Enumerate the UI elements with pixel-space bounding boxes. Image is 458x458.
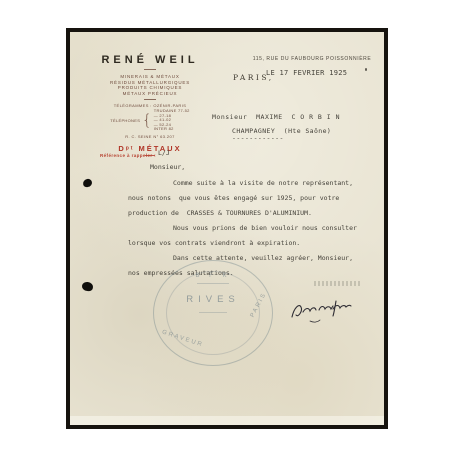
letterhead-activity: MÉTAUX PRÉCIEUX bbox=[78, 91, 222, 97]
telephone-line: INTER 82 bbox=[154, 127, 190, 132]
body-line: Nous vous prions de bien vouloir nous co… bbox=[173, 224, 357, 232]
department-label: Dᵖᵗ MÉTAUX bbox=[78, 144, 222, 153]
street-address: 115, RUE DU FAUBOURG POISSONNIÈRE bbox=[242, 56, 382, 62]
body-line: production de CRASSES & TOURNURES D'ALUM… bbox=[128, 209, 312, 217]
punch-hole bbox=[81, 281, 93, 291]
body-line: Comme suite à la visite de notre représe… bbox=[173, 179, 353, 187]
telephones-block: TÉLÉPHONES { TRUDAINE 77-52 — 27-18 — 41… bbox=[78, 109, 222, 132]
stamp-rule bbox=[199, 312, 227, 313]
faint-stamp-mark bbox=[314, 281, 360, 286]
paper-bottom-edge bbox=[70, 416, 384, 425]
salutation: Monsieur, bbox=[150, 163, 185, 171]
punch-hole bbox=[82, 178, 92, 188]
recipient-name: Monsieur MAXIME C O R B I N bbox=[212, 113, 340, 121]
brace-glyph: { bbox=[142, 113, 152, 128]
letterhead-divider bbox=[144, 69, 156, 70]
letter-paper: RENÉ WEIL MINERAIS & MÉTAUX RÉSIDUS MÉTA… bbox=[70, 32, 384, 425]
letter-photo: RENÉ WEIL MINERAIS & MÉTAUX RÉSIDUS MÉTA… bbox=[66, 28, 388, 429]
signature-ink bbox=[288, 294, 354, 328]
letterhead-name: RENÉ WEIL bbox=[78, 54, 222, 66]
telegrams-line: TÉLÉGRAMMES : OZÉNIR-PARIS bbox=[78, 103, 222, 108]
stamp-rule bbox=[197, 283, 229, 284]
stamp-top-text: B F K bbox=[153, 273, 273, 279]
letterhead: RENÉ WEIL MINERAIS & MÉTAUX RÉSIDUS MÉTA… bbox=[78, 54, 222, 156]
telephones-list: TRUDAINE 77-52 — 27-18 — 41-02 — 52-24 I… bbox=[154, 109, 190, 132]
recipient-underline: ------------ bbox=[232, 134, 284, 142]
paper-speck bbox=[365, 68, 367, 71]
registry-line: R. C. SEINE N° 63.207 bbox=[78, 134, 222, 139]
reference-label: Référence à rappeler : bbox=[100, 153, 156, 158]
signature bbox=[288, 294, 354, 333]
circular-stamp: B F K RIVES GRAVEUR PARIS bbox=[153, 260, 273, 366]
body-line: lorsque vos contrats viendront à expirat… bbox=[128, 239, 300, 247]
body-line: nous notons que vous êtes engagé sur 192… bbox=[128, 194, 339, 202]
letterhead-activities: MINERAIS & MÉTAUX RÉSIDUS MÉTALLURGIQUES… bbox=[78, 74, 222, 96]
letterhead-divider bbox=[144, 99, 156, 100]
typed-date: LE 17 FEVRIER 1925 bbox=[266, 69, 347, 77]
reference-value: L/J bbox=[158, 149, 170, 157]
telephones-label: TÉLÉPHONES bbox=[110, 118, 140, 123]
